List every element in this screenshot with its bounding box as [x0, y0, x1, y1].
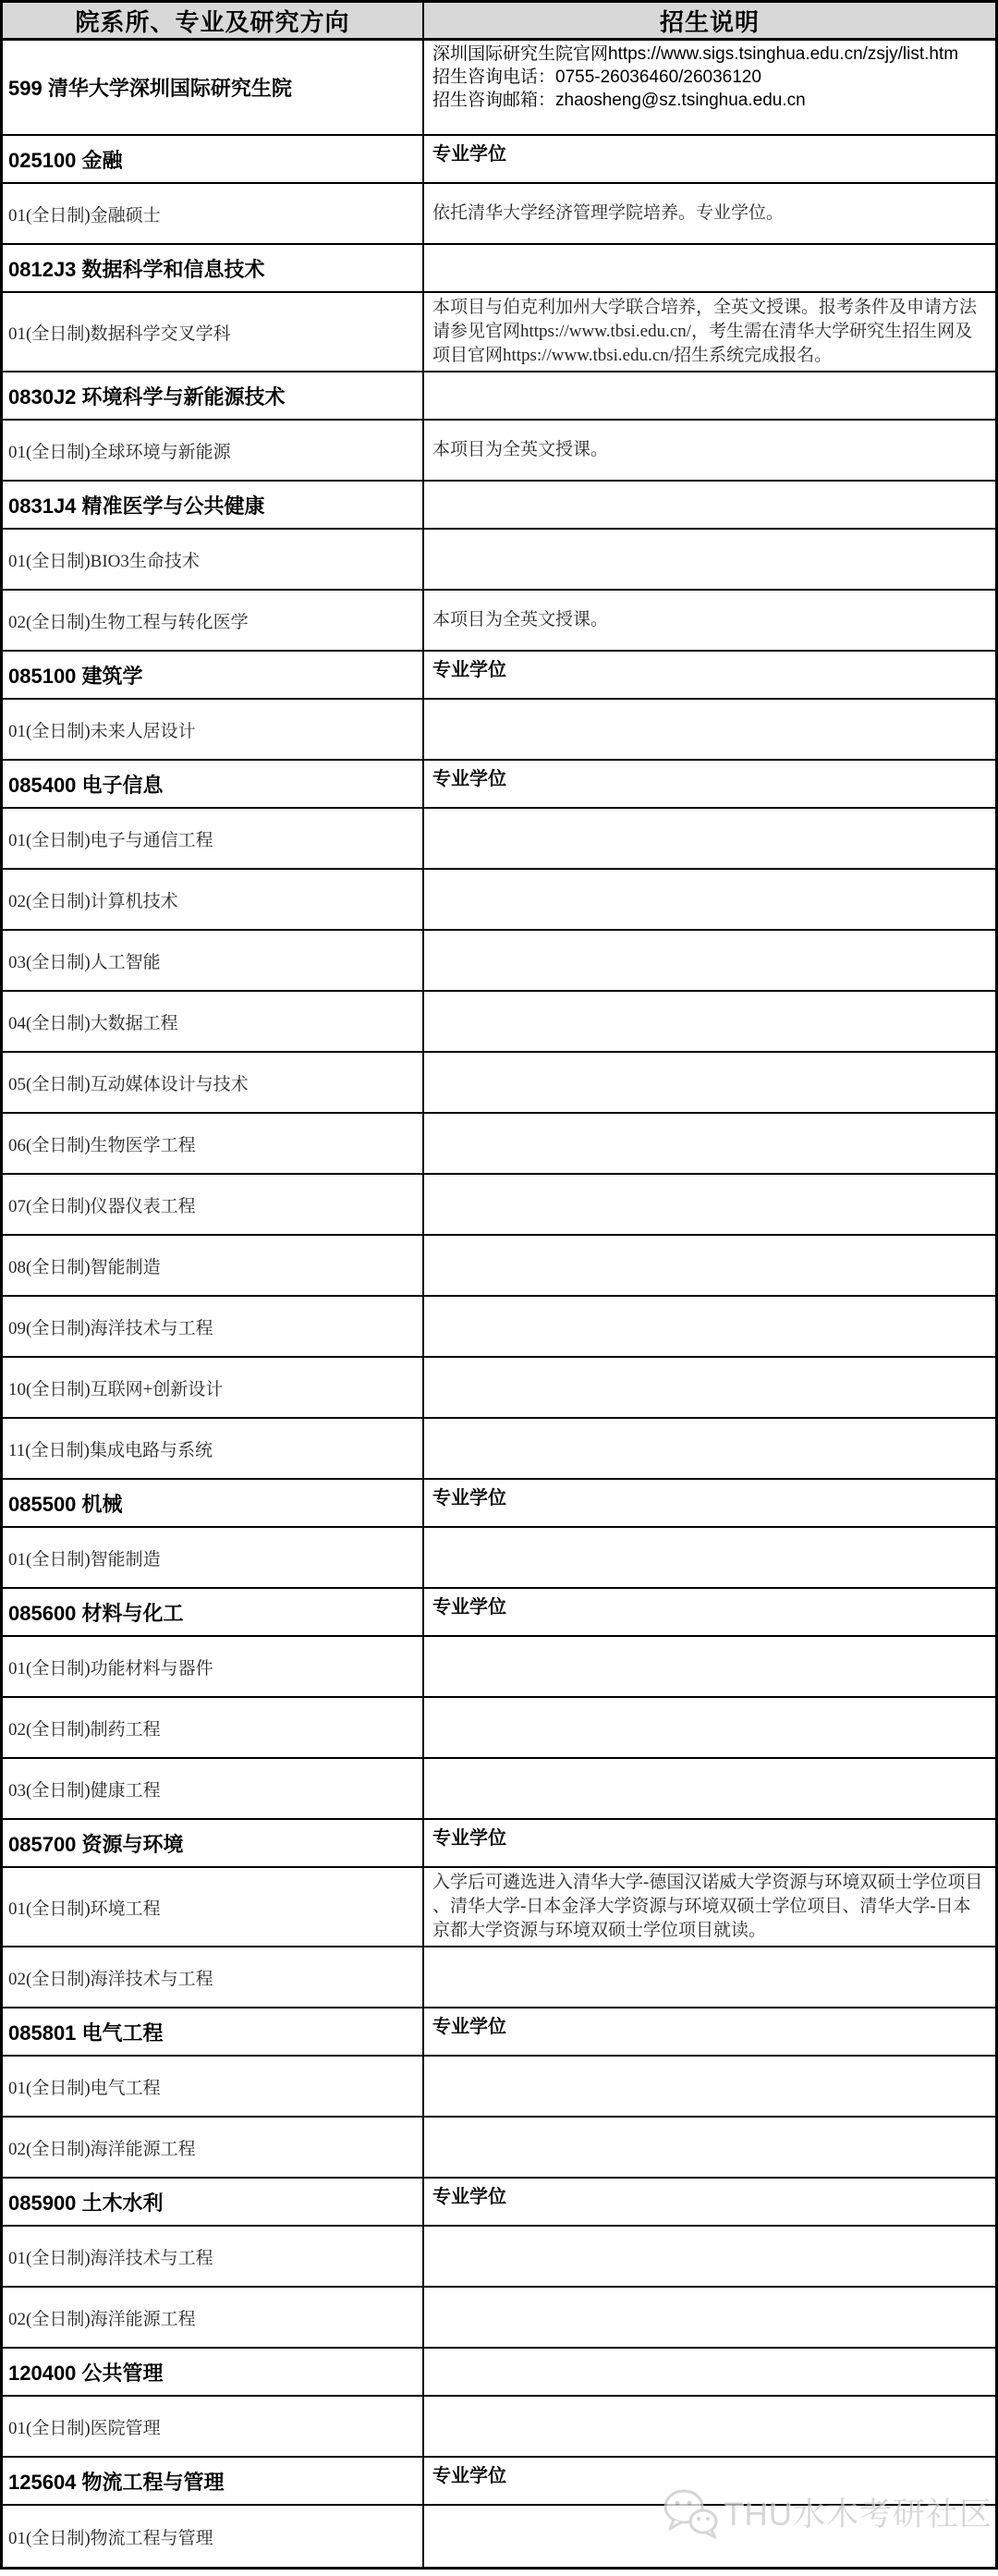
note-cell [424, 1236, 995, 1295]
table-row: 01(全日制)电气工程 [3, 2057, 995, 2118]
major-label: 0831J4 精准医学与公共健康 [8, 491, 265, 519]
table-row: 085900 土木水利专业学位 [3, 2179, 995, 2227]
major-label: 05(全日制)互动媒体设计与技术 [8, 1070, 249, 1095]
note-text: 本项目为全英文授课。 [432, 438, 608, 462]
major-label: 02(全日制)生物工程与转化医学 [8, 608, 249, 633]
major-label: 01(全日制)环境工程 [8, 1895, 161, 1920]
major-cell: 07(全日制)仪器仪表工程 [3, 1175, 424, 1234]
major-cell: 085801 电气工程 [3, 2008, 424, 2055]
note-cell: 本项目为全英文授课。 [424, 421, 995, 480]
note-cell: 专业学位 [424, 2008, 995, 2055]
note-cell [424, 372, 995, 419]
major-label: 09(全日制)海洋技术与工程 [8, 1314, 213, 1339]
column-header-notes: 招生说明 [424, 3, 995, 38]
note-cell [424, 2227, 995, 2286]
major-cell: 09(全日制)海洋技术与工程 [3, 1297, 424, 1356]
major-cell: 025100 金融 [3, 136, 424, 182]
major-cell: 06(全日制)生物医学工程 [3, 1114, 424, 1173]
table-row: 085100 建筑学专业学位 [3, 652, 995, 700]
note-cell [424, 931, 995, 990]
table-row: 07(全日制)仪器仪表工程 [3, 1175, 995, 1236]
table-row: 03(全日制)健康工程 [3, 1759, 995, 1820]
major-label: 125604 物流工程与管理 [8, 2467, 225, 2496]
contact-line: 招生咨询电话：0755-26036460/26036120 [432, 66, 987, 89]
note-cell: 深圳国际研究生院官网https://www.sigs.tsinghua.edu.… [424, 41, 995, 134]
major-cell: 01(全日制)医院管理 [3, 2397, 424, 2456]
major-label: 599 清华大学深圳国际研究生院 [8, 73, 292, 102]
note-cell [424, 530, 995, 589]
table-row: 01(全日制)BIO3生命技术 [3, 530, 995, 591]
major-label: 02(全日制)计算机技术 [8, 887, 178, 912]
major-label: 01(全日制)海洋技术与工程 [8, 2244, 213, 2269]
table-row: 11(全日制)集成电路与系统 [3, 1419, 995, 1480]
table-body: 599 清华大学深圳国际研究生院深圳国际研究生院官网https://www.si… [3, 41, 995, 2567]
major-label: 01(全日制)全球环境与新能源 [8, 438, 231, 463]
note-cell [424, 1698, 995, 1757]
table-row: 0812J3 数据科学和信息技术 [3, 245, 995, 293]
major-cell: 02(全日制)海洋技术与工程 [3, 1947, 424, 2007]
major-cell: 05(全日制)互动媒体设计与技术 [3, 1053, 424, 1112]
major-cell: 085600 材料与化工 [3, 1589, 424, 1635]
table-row: 02(全日制)海洋能源工程 [3, 2288, 995, 2349]
major-cell: 02(全日制)海洋能源工程 [3, 2118, 424, 2177]
note-cell [424, 245, 995, 291]
note-cell: 专业学位 [424, 2458, 995, 2504]
major-label: 01(全日制)物流工程与管理 [8, 2524, 213, 2549]
table-row: 05(全日制)互动媒体设计与技术 [3, 1053, 995, 1114]
note-cell [424, 1419, 995, 1478]
major-label: 085600 材料与化工 [8, 1598, 184, 1627]
table-row: 02(全日制)计算机技术 [3, 870, 995, 931]
note-cell [424, 1947, 995, 2007]
note-cell [424, 992, 995, 1051]
major-cell: 085700 资源与环境 [3, 1820, 424, 1866]
major-label: 06(全日制)生物医学工程 [8, 1131, 196, 1156]
contact-line: 招生咨询邮箱：zhaosheng@sz.tsinghua.edu.cn [432, 89, 987, 112]
note-cell: 本项目与伯克利加州大学联合培养，全英文授课。报考条件及申请方法请参见官网http… [424, 293, 995, 371]
table-row: 01(全日制)智能制造 [3, 1528, 995, 1589]
note-cell: 专业学位 [424, 2179, 995, 2225]
table-row: 085600 材料与化工专业学位 [3, 1589, 995, 1637]
note-cell [424, 870, 995, 929]
table-row: 01(全日制)功能材料与器件 [3, 1637, 995, 1698]
note-cell: 入学后可遴选进入清华大学-德国汉诺威大学资源与环境双硕士学位项目 、清华大学-日… [424, 1868, 995, 1946]
major-label: 025100 金融 [8, 145, 123, 174]
major-label: 01(全日制)金融硕士 [8, 201, 161, 226]
major-cell: 10(全日制)互联网+创新设计 [3, 1358, 424, 1417]
table-row: 02(全日制)制药工程 [3, 1698, 995, 1759]
major-cell: 01(全日制)未来人居设计 [3, 700, 424, 759]
note-cell: 专业学位 [424, 136, 995, 182]
major-label: 01(全日制)医院管理 [8, 2414, 161, 2439]
table-row: 01(全日制)海洋技术与工程 [3, 2227, 995, 2288]
table-row: 01(全日制)金融硕士依托清华大学经济管理学院培养。专业学位。 [3, 184, 995, 245]
major-label: 01(全日制)功能材料与器件 [8, 1654, 213, 1679]
major-label: 07(全日制)仪器仪表工程 [8, 1192, 196, 1217]
note-text: 依托清华大学经济管理学院培养。专业学位。 [432, 201, 784, 226]
major-label: 085900 土木水利 [8, 2188, 164, 2216]
table-row: 04(全日制)大数据工程 [3, 992, 995, 1053]
major-cell: 01(全日制)物流工程与管理 [3, 2506, 424, 2567]
column-header-major: 院系所、专业及研究方向 [3, 3, 424, 38]
major-cell: 085100 建筑学 [3, 652, 424, 698]
note-cell: 专业学位 [424, 1480, 995, 1526]
major-cell: 085500 机械 [3, 1480, 424, 1526]
major-label: 0812J3 数据科学和信息技术 [8, 254, 265, 283]
major-label: 01(全日制)智能制造 [8, 1545, 161, 1570]
note-cell [424, 2118, 995, 2177]
table-row: 09(全日制)海洋技术与工程 [3, 1297, 995, 1358]
note-cell [424, 1637, 995, 1696]
major-cell: 01(全日制)全球环境与新能源 [3, 421, 424, 480]
major-label: 10(全日制)互联网+创新设计 [8, 1375, 223, 1400]
major-label: 085400 电子信息 [8, 770, 164, 799]
major-cell: 01(全日制)智能制造 [3, 1528, 424, 1587]
note-cell: 依托清华大学经济管理学院培养。专业学位。 [424, 184, 995, 243]
major-label: 03(全日制)健康工程 [8, 1776, 161, 1801]
major-cell: 085400 电子信息 [3, 761, 424, 807]
major-cell: 0830J2 环境科学与新能源技术 [3, 372, 424, 419]
table-row: 01(全日制)物流工程与管理 [3, 2506, 995, 2567]
major-label: 01(全日制)电气工程 [8, 2074, 161, 2099]
admissions-table: 院系所、专业及研究方向 招生说明 599 清华大学深圳国际研究生院深圳国际研究生… [0, 0, 998, 2570]
admissions-table-page: 院系所、专业及研究方向 招生说明 599 清华大学深圳国际研究生院深圳国际研究生… [0, 0, 998, 2576]
table-row: 120400 公共管理 [3, 2349, 995, 2397]
note-cell [424, 2349, 995, 2395]
major-label: 02(全日制)制药工程 [8, 1715, 161, 1740]
table-row: 025100 金融专业学位 [3, 136, 995, 184]
major-cell: 599 清华大学深圳国际研究生院 [3, 41, 424, 134]
note-cell [424, 482, 995, 528]
major-label: 04(全日制)大数据工程 [8, 1009, 178, 1034]
note-cell: 专业学位 [424, 1589, 995, 1635]
major-cell: 0831J4 精准医学与公共健康 [3, 482, 424, 528]
major-cell: 0812J3 数据科学和信息技术 [3, 245, 424, 291]
major-label: 01(全日制)未来人居设计 [8, 717, 196, 742]
major-cell: 01(全日制)金融硕士 [3, 184, 424, 243]
table-row: 01(全日制)环境工程入学后可遴选进入清华大学-德国汉诺威大学资源与环境双硕士学… [3, 1868, 995, 1947]
major-cell: 01(全日制)功能材料与器件 [3, 1637, 424, 1696]
table-row: 085500 机械专业学位 [3, 1480, 995, 1528]
major-cell: 02(全日制)生物工程与转化医学 [3, 591, 424, 650]
note-cell [424, 1053, 995, 1112]
major-label: 085700 资源与环境 [8, 1829, 184, 1858]
major-cell: 01(全日制)环境工程 [3, 1868, 424, 1946]
note-cell [424, 2506, 995, 2567]
note-cell [424, 1528, 995, 1587]
note-cell: 专业学位 [424, 652, 995, 698]
major-cell: 01(全日制)BIO3生命技术 [3, 530, 424, 589]
note-text: 本项目与伯克利加州大学联合培养，全英文授课。报考条件及申请方法请参见官网http… [432, 296, 987, 368]
major-cell: 04(全日制)大数据工程 [3, 992, 424, 1051]
major-label: 08(全日制)智能制造 [8, 1253, 161, 1278]
major-label: 120400 公共管理 [8, 2358, 164, 2387]
major-label: 01(全日制)BIO3生命技术 [8, 547, 200, 572]
note-cell: 专业学位 [424, 1820, 995, 1866]
major-cell: 01(全日制)数据科学交叉学科 [3, 293, 424, 371]
major-label: 02(全日制)海洋能源工程 [8, 2305, 196, 2330]
note-text: 本项目为全英文授课。 [432, 608, 608, 632]
table-row: 02(全日制)海洋能源工程 [3, 2118, 995, 2179]
table-row: 08(全日制)智能制造 [3, 1236, 995, 1297]
note-cell [424, 1358, 995, 1417]
major-cell: 02(全日制)制药工程 [3, 1698, 424, 1757]
table-row: 01(全日制)电子与通信工程 [3, 809, 995, 870]
contact-line: 深圳国际研究生院官网https://www.sigs.tsinghua.edu.… [432, 43, 987, 66]
note-cell [424, 1297, 995, 1356]
major-label: 03(全日制)人工智能 [8, 948, 161, 973]
note-cell [424, 2288, 995, 2347]
note-cell [424, 1759, 995, 1818]
note-cell [424, 809, 995, 868]
major-label: 085801 电气工程 [8, 2018, 164, 2046]
major-label: 0830J2 环境科学与新能源技术 [8, 382, 286, 410]
table-row: 125604 物流工程与管理专业学位 [3, 2458, 995, 2506]
major-label: 01(全日制)数据科学交叉学科 [8, 320, 231, 345]
major-cell: 02(全日制)计算机技术 [3, 870, 424, 929]
major-cell: 01(全日制)电子与通信工程 [3, 809, 424, 868]
major-cell: 08(全日制)智能制造 [3, 1236, 424, 1295]
table-row: 085400 电子信息专业学位 [3, 761, 995, 809]
note-cell [424, 700, 995, 759]
major-label: 11(全日制)集成电路与系统 [8, 1436, 213, 1461]
note-cell [424, 2057, 995, 2116]
major-cell: 03(全日制)人工智能 [3, 931, 424, 990]
table-row: 02(全日制)生物工程与转化医学本项目为全英文授课。 [3, 591, 995, 652]
table-row: 0830J2 环境科学与新能源技术 [3, 372, 995, 421]
major-label: 085500 机械 [8, 1489, 123, 1518]
major-cell: 01(全日制)海洋技术与工程 [3, 2227, 424, 2286]
table-row: 01(全日制)数据科学交叉学科本项目与伯克利加州大学联合培养，全英文授课。报考条… [3, 293, 995, 372]
major-cell: 120400 公共管理 [3, 2349, 424, 2395]
table-row: 01(全日制)全球环境与新能源本项目为全英文授课。 [3, 421, 995, 482]
note-cell: 专业学位 [424, 761, 995, 807]
major-label: 02(全日制)海洋技术与工程 [8, 1965, 213, 1990]
table-row: 03(全日制)人工智能 [3, 931, 995, 992]
note-text: 入学后可遴选进入清华大学-德国汉诺威大学资源与环境双硕士学位项目 、清华大学-日… [432, 1871, 987, 1943]
table-row: 10(全日制)互联网+创新设计 [3, 1358, 995, 1419]
table-row: 0831J4 精准医学与公共健康 [3, 482, 995, 530]
major-cell: 01(全日制)电气工程 [3, 2057, 424, 2116]
note-cell [424, 1114, 995, 1173]
major-cell: 03(全日制)健康工程 [3, 1759, 424, 1818]
table-row: 06(全日制)生物医学工程 [3, 1114, 995, 1175]
table-row: 599 清华大学深圳国际研究生院深圳国际研究生院官网https://www.si… [3, 41, 995, 136]
table-header-row: 院系所、专业及研究方向 招生说明 [3, 3, 995, 41]
major-label: 01(全日制)电子与通信工程 [8, 826, 213, 851]
table-row: 01(全日制)未来人居设计 [3, 700, 995, 761]
note-cell [424, 1175, 995, 1234]
major-cell: 125604 物流工程与管理 [3, 2458, 424, 2504]
major-label: 02(全日制)海洋能源工程 [8, 2135, 196, 2160]
major-cell: 02(全日制)海洋能源工程 [3, 2288, 424, 2347]
major-cell: 085900 土木水利 [3, 2179, 424, 2225]
table-row: 02(全日制)海洋技术与工程 [3, 1947, 995, 2008]
major-label: 085100 建筑学 [8, 661, 143, 690]
table-row: 085700 资源与环境专业学位 [3, 1820, 995, 1868]
table-row: 01(全日制)医院管理 [3, 2397, 995, 2458]
table-row: 085801 电气工程专业学位 [3, 2008, 995, 2057]
note-cell: 本项目为全英文授课。 [424, 591, 995, 650]
major-cell: 11(全日制)集成电路与系统 [3, 1419, 424, 1478]
note-cell [424, 2397, 995, 2456]
